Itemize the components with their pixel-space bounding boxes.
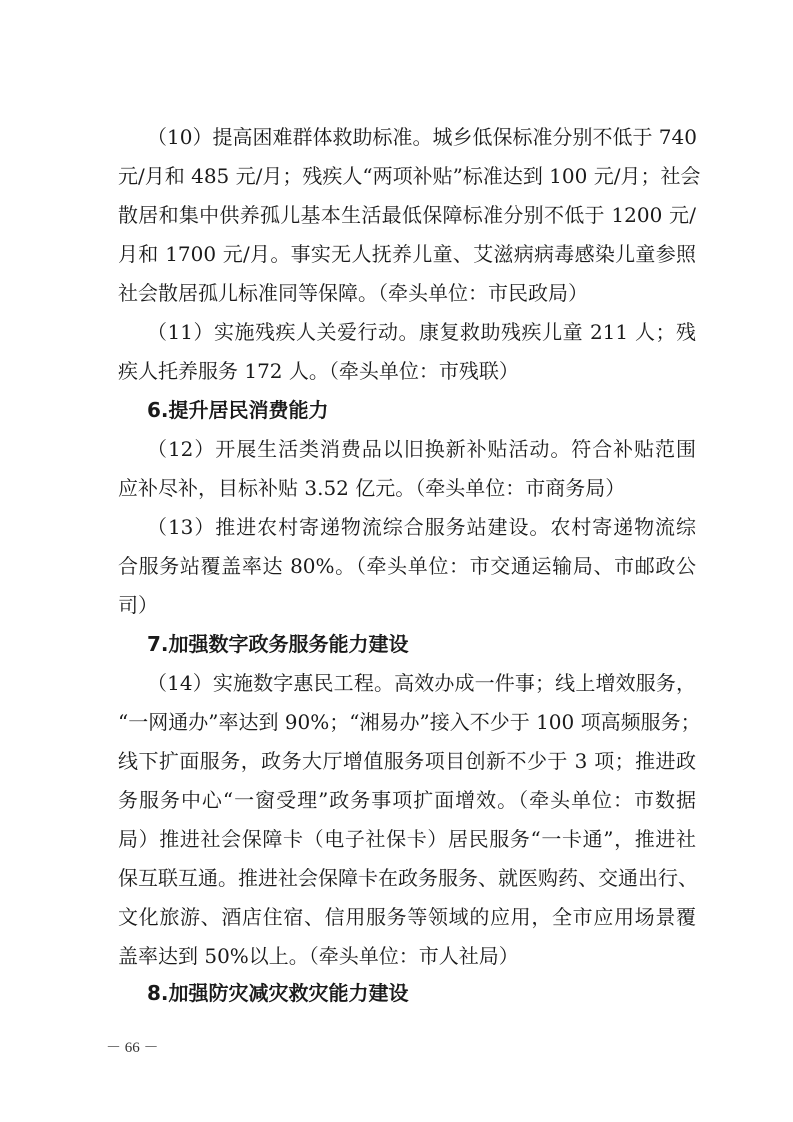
paragraph-10-line-2: 元/月和 485 元/月；残疾人“两项补贴”标准达到 100 元/月；社会 <box>118 157 696 196</box>
page-number: － 66 － <box>106 1036 159 1057</box>
paragraph-10-line-5: 社会散居孤儿标准同等保障。（牵头单位：市民政局） <box>118 274 696 313</box>
paragraph-12-line-2: 应补尽补，目标补贴 3.52 亿元。（牵头单位：市商务局） <box>118 469 696 508</box>
paragraph-10-line-3: 散居和集中供养孤儿基本生活最低保障标准分别不低于 1200 元/ <box>118 196 696 235</box>
paragraph-10-line-1: （10）提高困难群体救助标准。城乡低保标准分别不低于 740 <box>147 118 696 157</box>
paragraph-14-line-1: （14）实施数字惠民工程。高效办成一件事；线上增效服务， <box>147 664 696 703</box>
paragraph-12-line-1: （12）开展生活类消费品以旧换新补贴活动。符合补贴范围 <box>147 430 696 469</box>
paragraph-14-line-6: 保互联互通。推进社会保障卡在政务服务、就医购药、交通出行、 <box>118 859 696 898</box>
paragraph-14-line-3: 线下扩面服务，政务大厅增值服务项目创新不少于 3 项；推进政 <box>118 742 696 781</box>
paragraph-14-line-4: 务服务中心“一窗受理”政务事项扩面增效。（牵头单位：市数据 <box>118 781 696 820</box>
paragraph-14-line-5: 局）推进社会保障卡（电子社保卡）居民服务“一卡通”，推进社 <box>118 820 696 859</box>
paragraph-14-line-2: “一网通办”率达到 90%；“湘易办”接入不少于 100 项高频服务； <box>118 703 696 742</box>
paragraph-13-line-3: 司） <box>118 586 696 625</box>
paragraph-13-line-1: （13）推进农村寄递物流综合服务站建设。农村寄递物流综 <box>147 508 696 547</box>
paragraph-10-line-4: 月和 1700 元/月。事实无人抚养儿童、艾滋病病毒感染儿童参照 <box>118 235 696 274</box>
paragraph-11-line-2: 疾人托养服务 172 人。（牵头单位：市残联） <box>118 352 696 391</box>
section-heading-6: 6.提升居民消费能力 <box>147 391 696 430</box>
paragraph-11-line-1: （11）实施残疾人关爱行动。康复救助残疾儿童 211 人；残 <box>147 313 696 352</box>
section-heading-7: 7.加强数字政务服务能力建设 <box>147 625 696 664</box>
paragraph-13-line-2: 合服务站覆盖率达 80%。（牵头单位：市交通运输局、市邮政公 <box>118 547 696 586</box>
paragraph-14-line-8: 盖率达到 50%以上。（牵头单位：市人社局） <box>118 937 696 976</box>
section-heading-8: 8.加强防灾减灾救灾能力建设 <box>147 974 696 1013</box>
paragraph-14-line-7: 文化旅游、酒店住宿、信用服务等领域的应用，全市应用场景覆 <box>118 898 696 937</box>
